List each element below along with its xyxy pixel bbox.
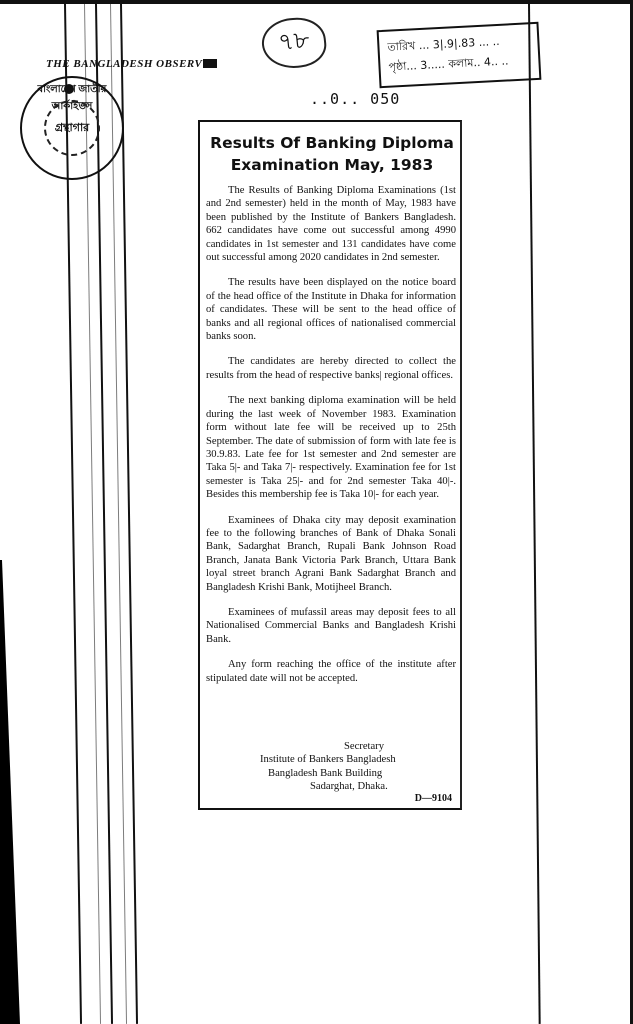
column-rule <box>528 4 541 1024</box>
ink-blot <box>203 59 217 68</box>
stamp-page-value: 3 <box>420 59 428 72</box>
article-paragraph: The next banking diploma examination wil… <box>206 394 456 501</box>
stamp-column-label: কলাম <box>448 56 474 70</box>
article-paragraph: Any form reaching the office of the inst… <box>206 658 456 685</box>
article-paragraph: The results have been displayed on the n… <box>206 276 456 343</box>
newspaper-masthead: THE BANGLADESH OBSERV <box>46 58 217 70</box>
archive-seal-stamp: বাংলাদেশ জাতীয় আর্কাইভস গ্রন্থাগার <box>20 76 124 180</box>
signoff-city: Sadarghat, Dhaka. <box>260 780 460 793</box>
article-paragraph: Examinees of Dhaka city may deposit exam… <box>206 514 456 594</box>
signoff-building: Bangladesh Bank Building <box>260 767 460 780</box>
article-headline: Results Of Banking Diploma Examination M… <box>200 132 464 176</box>
signoff-title: Secretary <box>260 740 460 753</box>
stamp-date-value: 3|.9|.83 <box>432 36 475 51</box>
article-signoff: Secretary Institute of Bankers Banglades… <box>260 740 460 794</box>
article-body: The Results of Banking Diploma Examinati… <box>206 184 456 697</box>
handwritten-number: ৭৮ <box>260 15 329 71</box>
article-paragraph: Examinees of mufassil areas may deposit … <box>206 606 456 646</box>
newspaper-clipping: Results Of Banking Diploma Examination M… <box>198 120 462 810</box>
date-page-stamp: তারিখ ... 3|.9|.83 ... .. পৃষ্ঠা... 3...… <box>377 22 542 88</box>
stamp-page-label: পৃষ্ঠা <box>388 60 406 74</box>
article-paragraph: The Results of Banking Diploma Examinati… <box>206 184 456 264</box>
scan-left-shadow <box>0 0 20 1024</box>
document-number: ..0.. 050 <box>310 90 400 108</box>
seal-center-text: গ্রন্থাগার <box>44 100 100 156</box>
stamp-column-value: 4 <box>484 55 492 68</box>
signoff-org: Institute of Bankers Bangladesh <box>260 753 460 766</box>
ad-code: D—9104 <box>415 793 452 804</box>
article-paragraph: The candidates are hereby directed to co… <box>206 355 456 382</box>
stamp-date-label: তারিখ <box>387 39 416 53</box>
